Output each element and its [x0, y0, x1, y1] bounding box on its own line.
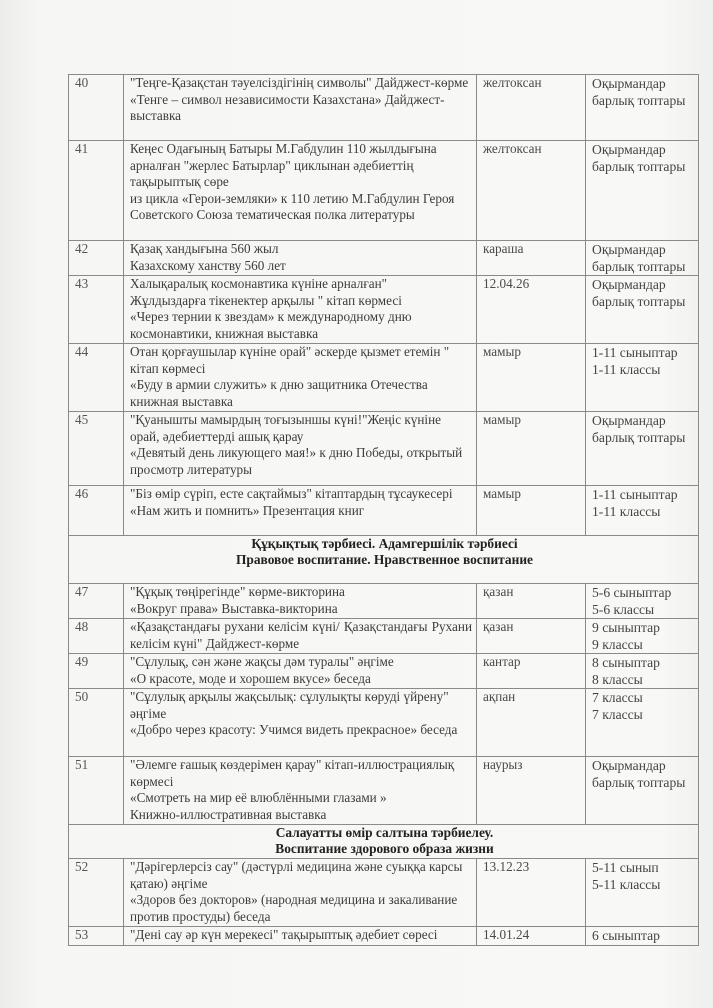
event-audience: Оқырмандар барлық топтары: [586, 141, 699, 241]
event-audience: Оқырмандар барлық топтары: [586, 757, 699, 825]
table-row: 43 Халықаралық космонавтика күніне арнал…: [69, 276, 699, 344]
event-title: "Дені сау әр күн мерекесі" тақырыптық әд…: [124, 927, 477, 946]
audience-line: Оқырмандар: [592, 757, 694, 774]
row-number: 45: [69, 412, 124, 486]
audience-line: барлық топтары: [592, 158, 694, 175]
audience-line: Оқырмандар: [592, 241, 694, 258]
event-date: қазан: [477, 584, 586, 619]
row-number: 43: [69, 276, 124, 344]
audience-line: барлық топтары: [592, 293, 694, 310]
row-number: 53: [69, 927, 124, 946]
section-header-row: Құқықтық тәрбиесі. Адамгершілік тәрбиесі…: [69, 536, 699, 584]
audience-line: Оқырмандар: [592, 412, 694, 429]
table-row: 48 «Қазақстандағы рухани келісім күні/ Қ…: [69, 619, 699, 654]
table-row: 46 "Біз өмір сүріп, есте сақтаймыз" кіта…: [69, 486, 699, 536]
event-title-kazakh: Халықаралық космонавтика күніне арналған…: [130, 276, 472, 293]
event-title: Отан қорғаушылар күніне орай" әскерде қы…: [124, 344, 477, 412]
audience-line: барлық топтары: [592, 774, 694, 791]
table-row: 50 "Сұлулық арқылы жақсылық: сұлулықты к…: [69, 689, 699, 757]
audience-line: 6 сыныптар: [592, 927, 694, 944]
audience-line: 8 сыныптар: [592, 654, 694, 671]
row-number: 48: [69, 619, 124, 654]
event-title: "Теңге-Қазақстан тәуелсіздігінің символы…: [124, 75, 477, 141]
event-date: 12.04.26: [477, 276, 586, 344]
row-number: 41: [69, 141, 124, 241]
event-audience: 9 сыныптар 9 классы: [586, 619, 699, 654]
row-number: 44: [69, 344, 124, 412]
event-audience: 7 классы 7 классы: [586, 689, 699, 757]
audience-line: барлық топтары: [592, 258, 694, 275]
event-date: 14.01.24: [477, 927, 586, 946]
event-title-kazakh: "Әлемге ғашық көздерімен қарау" кітап-ил…: [130, 757, 472, 790]
event-title-russian: «Смотреть на мир её влюблёнными глазами …: [130, 790, 472, 807]
event-title-kazakh: "Сұлулық, сән және жақсы дәм туралы" әңг…: [130, 654, 472, 671]
event-title-russian: «Нам жить и помнить» Презентация книг: [130, 503, 472, 520]
audience-line: 9 классы: [592, 636, 694, 653]
event-title: "Сұлулық арқылы жақсылық: сұлулықты көру…: [124, 689, 477, 757]
event-date: мамыр: [477, 344, 586, 412]
event-title-kazakh: "Қуанышты мамырдың тоғызыншы күні!"Жеңіс…: [130, 412, 472, 445]
row-number: 49: [69, 654, 124, 689]
event-audience: Оқырмандар барлық топтары: [586, 412, 699, 486]
row-number: 52: [69, 859, 124, 927]
table-row: 42 Қазақ хандығына 560 жыл Казахскому ха…: [69, 241, 699, 276]
audience-line: 7 классы: [592, 706, 694, 723]
event-title: Қазақ хандығына 560 жыл Казахскому ханст…: [124, 241, 477, 276]
event-title: Кеңес Одағының Батыры М.Габдулин 110 жыл…: [124, 141, 477, 241]
event-title-kazakh: "Дені сау әр күн мерекесі" тақырыптық әд…: [130, 927, 472, 944]
event-title-kazakh: "Құқық төңірегінде" көрме-викторина: [130, 584, 472, 601]
event-audience: Оқырмандар барлық топтары: [586, 276, 699, 344]
section-heading-russian: Воспитание здорового образа жизни: [75, 841, 694, 857]
row-number: 51: [69, 757, 124, 825]
event-date: мамыр: [477, 486, 586, 536]
event-title-russian: Казахскому ханству 560 лет: [130, 258, 472, 275]
event-title-russian: «Вокруг права» Выставка-викторина: [130, 601, 472, 618]
audience-line: барлық топтары: [592, 429, 694, 446]
event-audience: Оқырмандар барлық топтары: [586, 241, 699, 276]
audience-line: 7 классы: [592, 689, 694, 706]
audience-line: 1-11 классы: [592, 361, 694, 378]
event-date: қазан: [477, 619, 586, 654]
event-title-russian: «Добро через красоту: Учимся видеть прек…: [130, 722, 472, 739]
event-title-russian: «Девятый день ликующего мая!» к дню Побе…: [130, 445, 472, 478]
section-heading-kazakh: Құқықтық тәрбиесі. Адамгершілік тәрбиесі: [75, 536, 694, 552]
table-row: 47 "Құқық төңірегінде" көрме-викторина «…: [69, 584, 699, 619]
table-row: 52 "Дәрігерлерсіз сау" (дәстүрлі медицин…: [69, 859, 699, 927]
audience-line: 9 сыныптар: [592, 619, 694, 636]
event-title: Халықаралық космонавтика күніне арналған…: [124, 276, 477, 344]
event-title-kazakh: "Сұлулық арқылы жақсылық: сұлулықты көру…: [130, 689, 472, 722]
event-title-russian: «Через тернии к звездам» к международном…: [130, 309, 472, 342]
section-heading-legal-moral: Құқықтық тәрбиесі. Адамгершілік тәрбиесі…: [69, 536, 699, 584]
event-title: "Әлемге ғашық көздерімен қарау" кітап-ил…: [124, 757, 477, 825]
row-number: 50: [69, 689, 124, 757]
row-number: 46: [69, 486, 124, 536]
event-title-russian: «О красоте, моде и хорошем вкусе» беседа: [130, 671, 472, 688]
audience-line: Оқырмандар: [592, 276, 694, 293]
event-title-kazakh: Жұлдыздарға тікенектер арқылы " кітап кө…: [130, 293, 472, 310]
audience-line: 1-11 сыныптар: [592, 486, 694, 503]
event-title-kazakh: Қазақ хандығына 560 жыл: [130, 241, 472, 258]
audience-line: 5-6 классы: [592, 601, 694, 618]
event-title-russian: «Буду в армии служить» к дню защитника О…: [130, 377, 472, 410]
event-title-russian: «Здоров без докторов» (народная медицина…: [130, 892, 472, 925]
section-heading-kazakh: Салауатты өмір салтына тәрбиелеу.: [75, 825, 694, 841]
event-title: «Қазақстандағы рухани келісім күні/ Қаза…: [124, 619, 477, 654]
event-title-russian: «Тенге – символ независимости Казахстана…: [130, 92, 472, 125]
table-row: 53 "Дені сау әр күн мерекесі" тақырыптық…: [69, 927, 699, 946]
event-plan-body: 40 "Теңге-Қазақстан тәуелсіздігінің симв…: [69, 75, 699, 946]
event-title-kazakh: "Біз өмір сүріп, есте сақтаймыз" кітапта…: [130, 486, 472, 503]
row-number: 40: [69, 75, 124, 141]
section-heading-healthy-lifestyle: Салауатты өмір салтына тәрбиелеу. Воспит…: [69, 825, 699, 859]
event-title-kazakh: Отан қорғаушылар күніне орай" әскерде қы…: [130, 344, 472, 377]
event-date: 13.12.23: [477, 859, 586, 927]
table-row: 40 "Теңге-Қазақстан тәуелсіздігінің симв…: [69, 75, 699, 141]
event-title: "Құқық төңірегінде" көрме-викторина «Вок…: [124, 584, 477, 619]
event-title-kazakh: Кеңес Одағының Батыры М.Габдулин 110 жыл…: [130, 141, 472, 191]
table-row: 45 "Қуанышты мамырдың тоғызыншы күні!"Же…: [69, 412, 699, 486]
event-title-russian: Книжно-иллюстративная выставка: [130, 807, 472, 824]
event-audience: 5-6 сыныптар 5-6 классы: [586, 584, 699, 619]
event-date: кантар: [477, 654, 586, 689]
audience-line: 8 классы: [592, 671, 694, 688]
event-audience: 1-11 сыныптар 1-11 классы: [586, 486, 699, 536]
event-audience: Оқырмандар барлық топтары: [586, 75, 699, 141]
event-title: "Қуанышты мамырдың тоғызыншы күні!"Жеңіс…: [124, 412, 477, 486]
event-date: караша: [477, 241, 586, 276]
audience-line: Оқырмандар: [592, 141, 694, 158]
event-title-kazakh: «Қазақстандағы рухани келісім күні/ Қаза…: [130, 619, 472, 651]
event-date: мамыр: [477, 412, 586, 486]
event-date: наурыз: [477, 757, 586, 825]
table-row: 41 Кеңес Одағының Батыры М.Габдулин 110 …: [69, 141, 699, 241]
section-header-row: Салауатты өмір салтына тәрбиелеу. Воспит…: [69, 825, 699, 859]
row-number: 47: [69, 584, 124, 619]
event-title: "Біз өмір сүріп, есте сақтаймыз" кітапта…: [124, 486, 477, 536]
event-title-kazakh: "Дәрігерлерсіз сау" (дәстүрлі медицина ж…: [130, 859, 472, 892]
event-date: желтоксан: [477, 141, 586, 241]
audience-line: 5-11 классы: [592, 876, 694, 893]
table-row: 49 "Сұлулық, сән және жақсы дәм туралы" …: [69, 654, 699, 689]
event-title-kazakh: "Теңге-Қазақстан тәуелсіздігінің символы…: [130, 75, 472, 92]
table-row: 51 "Әлемге ғашық көздерімен қарау" кітап…: [69, 757, 699, 825]
table-row: 44 Отан қорғаушылар күніне орай" әскерде…: [69, 344, 699, 412]
audience-line: 5-11 сынып: [592, 859, 694, 876]
audience-line: 5-6 сыныптар: [592, 584, 694, 601]
event-audience: 6 сыныптар: [586, 927, 699, 946]
event-audience: 5-11 сынып 5-11 классы: [586, 859, 699, 927]
event-audience: 1-11 сыныптар 1-11 классы: [586, 344, 699, 412]
row-number: 42: [69, 241, 124, 276]
event-plan-table: 40 "Теңге-Қазақстан тәуелсіздігінің симв…: [68, 74, 699, 946]
event-date: желтоксан: [477, 75, 586, 141]
event-title-russian: из цикла «Герои-земляки» к 110 летию М.Г…: [130, 191, 472, 224]
event-date: ақпан: [477, 689, 586, 757]
section-heading-russian: Правовое воспитание. Нравственное воспит…: [75, 552, 694, 568]
audience-line: Оқырмандар: [592, 75, 694, 92]
audience-line: барлық топтары: [592, 92, 694, 109]
event-audience: 8 сыныптар 8 классы: [586, 654, 699, 689]
event-title: "Дәрігерлерсіз сау" (дәстүрлі медицина ж…: [124, 859, 477, 927]
event-title: "Сұлулық, сән және жақсы дәм туралы" әңг…: [124, 654, 477, 689]
audience-line: 1-11 сыныптар: [592, 344, 694, 361]
audience-line: 1-11 классы: [592, 503, 694, 520]
